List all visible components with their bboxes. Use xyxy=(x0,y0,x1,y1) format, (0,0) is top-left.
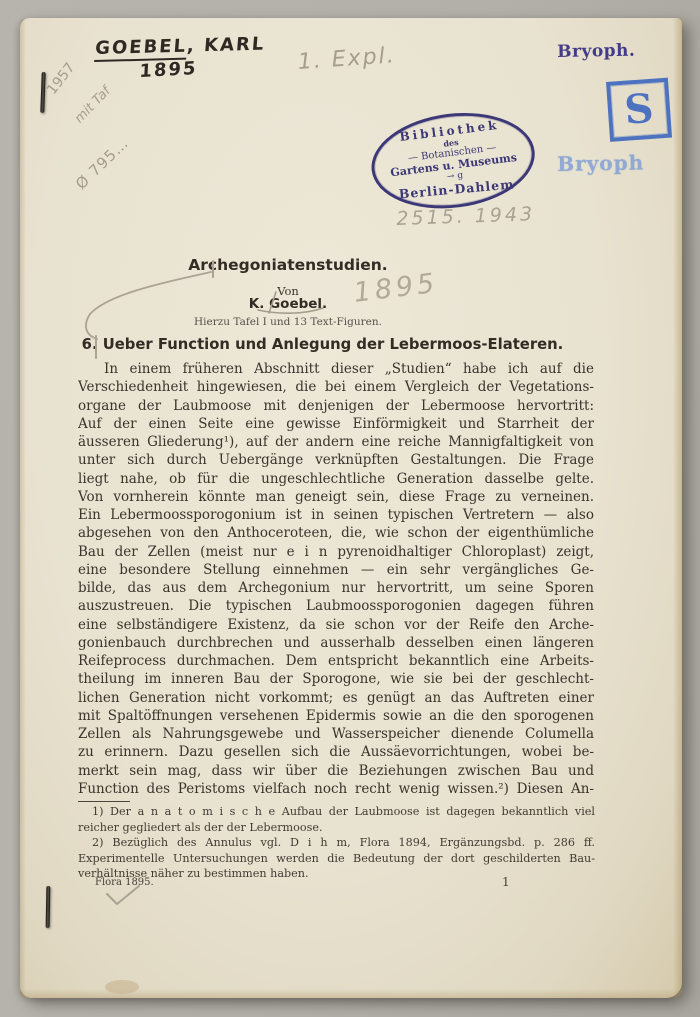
body-line: Von vornherein könnte man geneigt sein, … xyxy=(78,488,594,506)
body-line: Zellen als Nahrungsgewebe und Wasserspei… xyxy=(78,725,594,743)
handwritten-author-firstname: , KARL xyxy=(186,34,266,57)
body-line: merkt sein mag, dass wir über die Bezieh… xyxy=(78,762,594,780)
body-line: liegt nahe, ob für die ungeschlechtliche… xyxy=(78,470,594,488)
body-line: organe der Laubmoose mit denjenigen der … xyxy=(78,397,594,415)
body-line: gonienbauch durchbrechen und ausserhalb … xyxy=(78,634,594,652)
body-line: Reifeprocess durchmachen. Dem entspricht… xyxy=(78,652,594,670)
body-line: äusseren Gliederung¹), auf der andern ei… xyxy=(78,433,594,451)
body-line: bilde, das aus dem Archegonium nur hervo… xyxy=(78,579,594,597)
scanned-photo: GOEBEL, KARL 1895 1. Expl. 1957 mit Taf … xyxy=(0,0,700,1017)
handwritten-year-note: 1895 xyxy=(139,58,198,82)
body-text: In einem früheren Abschnitt dieser „Stud… xyxy=(78,360,594,798)
body-line: unter sich durch Uebergänge verknüpften … xyxy=(78,451,594,469)
section-heading: 6. Ueber Function und Anlegung der Leber… xyxy=(70,336,575,353)
body-line: eine selbständigere Existenz, da sie sch… xyxy=(78,616,594,634)
body-line: Ein Lebermoossporogonium ist in seinen t… xyxy=(78,506,594,524)
body-line: abgesehen von den Anthoceroteen, die, wi… xyxy=(78,524,594,542)
body-line: Function des Peristoms vielfach noch rec… xyxy=(78,780,594,798)
body-line: theilung im inneren Bau der Sporogone, w… xyxy=(78,670,594,688)
body-line: Bau der Zellen (meist nur e i n pyrenoid… xyxy=(78,543,594,561)
paper-edge-right xyxy=(673,18,682,998)
s-stamp-letter: S xyxy=(623,89,655,131)
body-line: mit Spaltöffnungen versehenen Epidermis … xyxy=(78,707,594,725)
body-line: Verschiedenheit hingewiesen, die bei ein… xyxy=(78,378,594,396)
body-line: auszustreuen. Die typischen Laubmoosspor… xyxy=(78,597,594,615)
bryoph-stamp-bottom: Bryoph xyxy=(557,150,644,176)
body-line: In einem früheren Abschnitt dieser „Stud… xyxy=(78,360,594,378)
footnote-block: 1) Der a n a t o m i s c h e Aufbau der … xyxy=(78,804,595,882)
footnote-line: reicher gegliedert als der der Lebermoos… xyxy=(78,820,595,836)
body-line: Auf der einen Seite eine gewisse Einförm… xyxy=(78,415,594,433)
footnote-separator xyxy=(78,801,130,802)
page-number: 1 xyxy=(502,875,510,889)
handwritten-author-surname: GOEBEL xyxy=(94,36,188,62)
handwritten-author-note: GOEBEL, KARL xyxy=(94,34,266,60)
body-line: zu erinnern. Dazu gesellen sich die Auss… xyxy=(78,743,594,761)
footnote-line: 2) Bezüglich des Annulus vgl. D i h m, F… xyxy=(78,835,595,851)
footnote-line: Experimentelle Untersuchungen werden die… xyxy=(78,851,595,867)
author-name: K. Goebel. xyxy=(28,296,548,312)
article-title: Archegoniatenstudien. xyxy=(28,256,548,274)
paper-corner-stain xyxy=(105,980,139,994)
staple-bottom xyxy=(46,886,51,928)
paper-edge-left xyxy=(20,18,26,998)
body-line: lichen Generation nicht vorkommt; es gen… xyxy=(78,689,594,707)
footnote-line: verhältnisse näher zu bestimmen haben. xyxy=(78,866,595,882)
bryoph-stamp-top: Bryoph. xyxy=(557,41,636,62)
body-line: eine besondere Stellung einnehmen — ein … xyxy=(78,561,594,579)
s-box-stamp: S xyxy=(606,78,672,142)
footnote-line: 1) Der a n a t o m i s c h e Aufbau der … xyxy=(78,804,595,820)
journal-signature: Flora 1895. xyxy=(95,877,154,888)
plate-note: Hierzu Tafel I und 13 Text-Figuren. xyxy=(28,316,548,328)
